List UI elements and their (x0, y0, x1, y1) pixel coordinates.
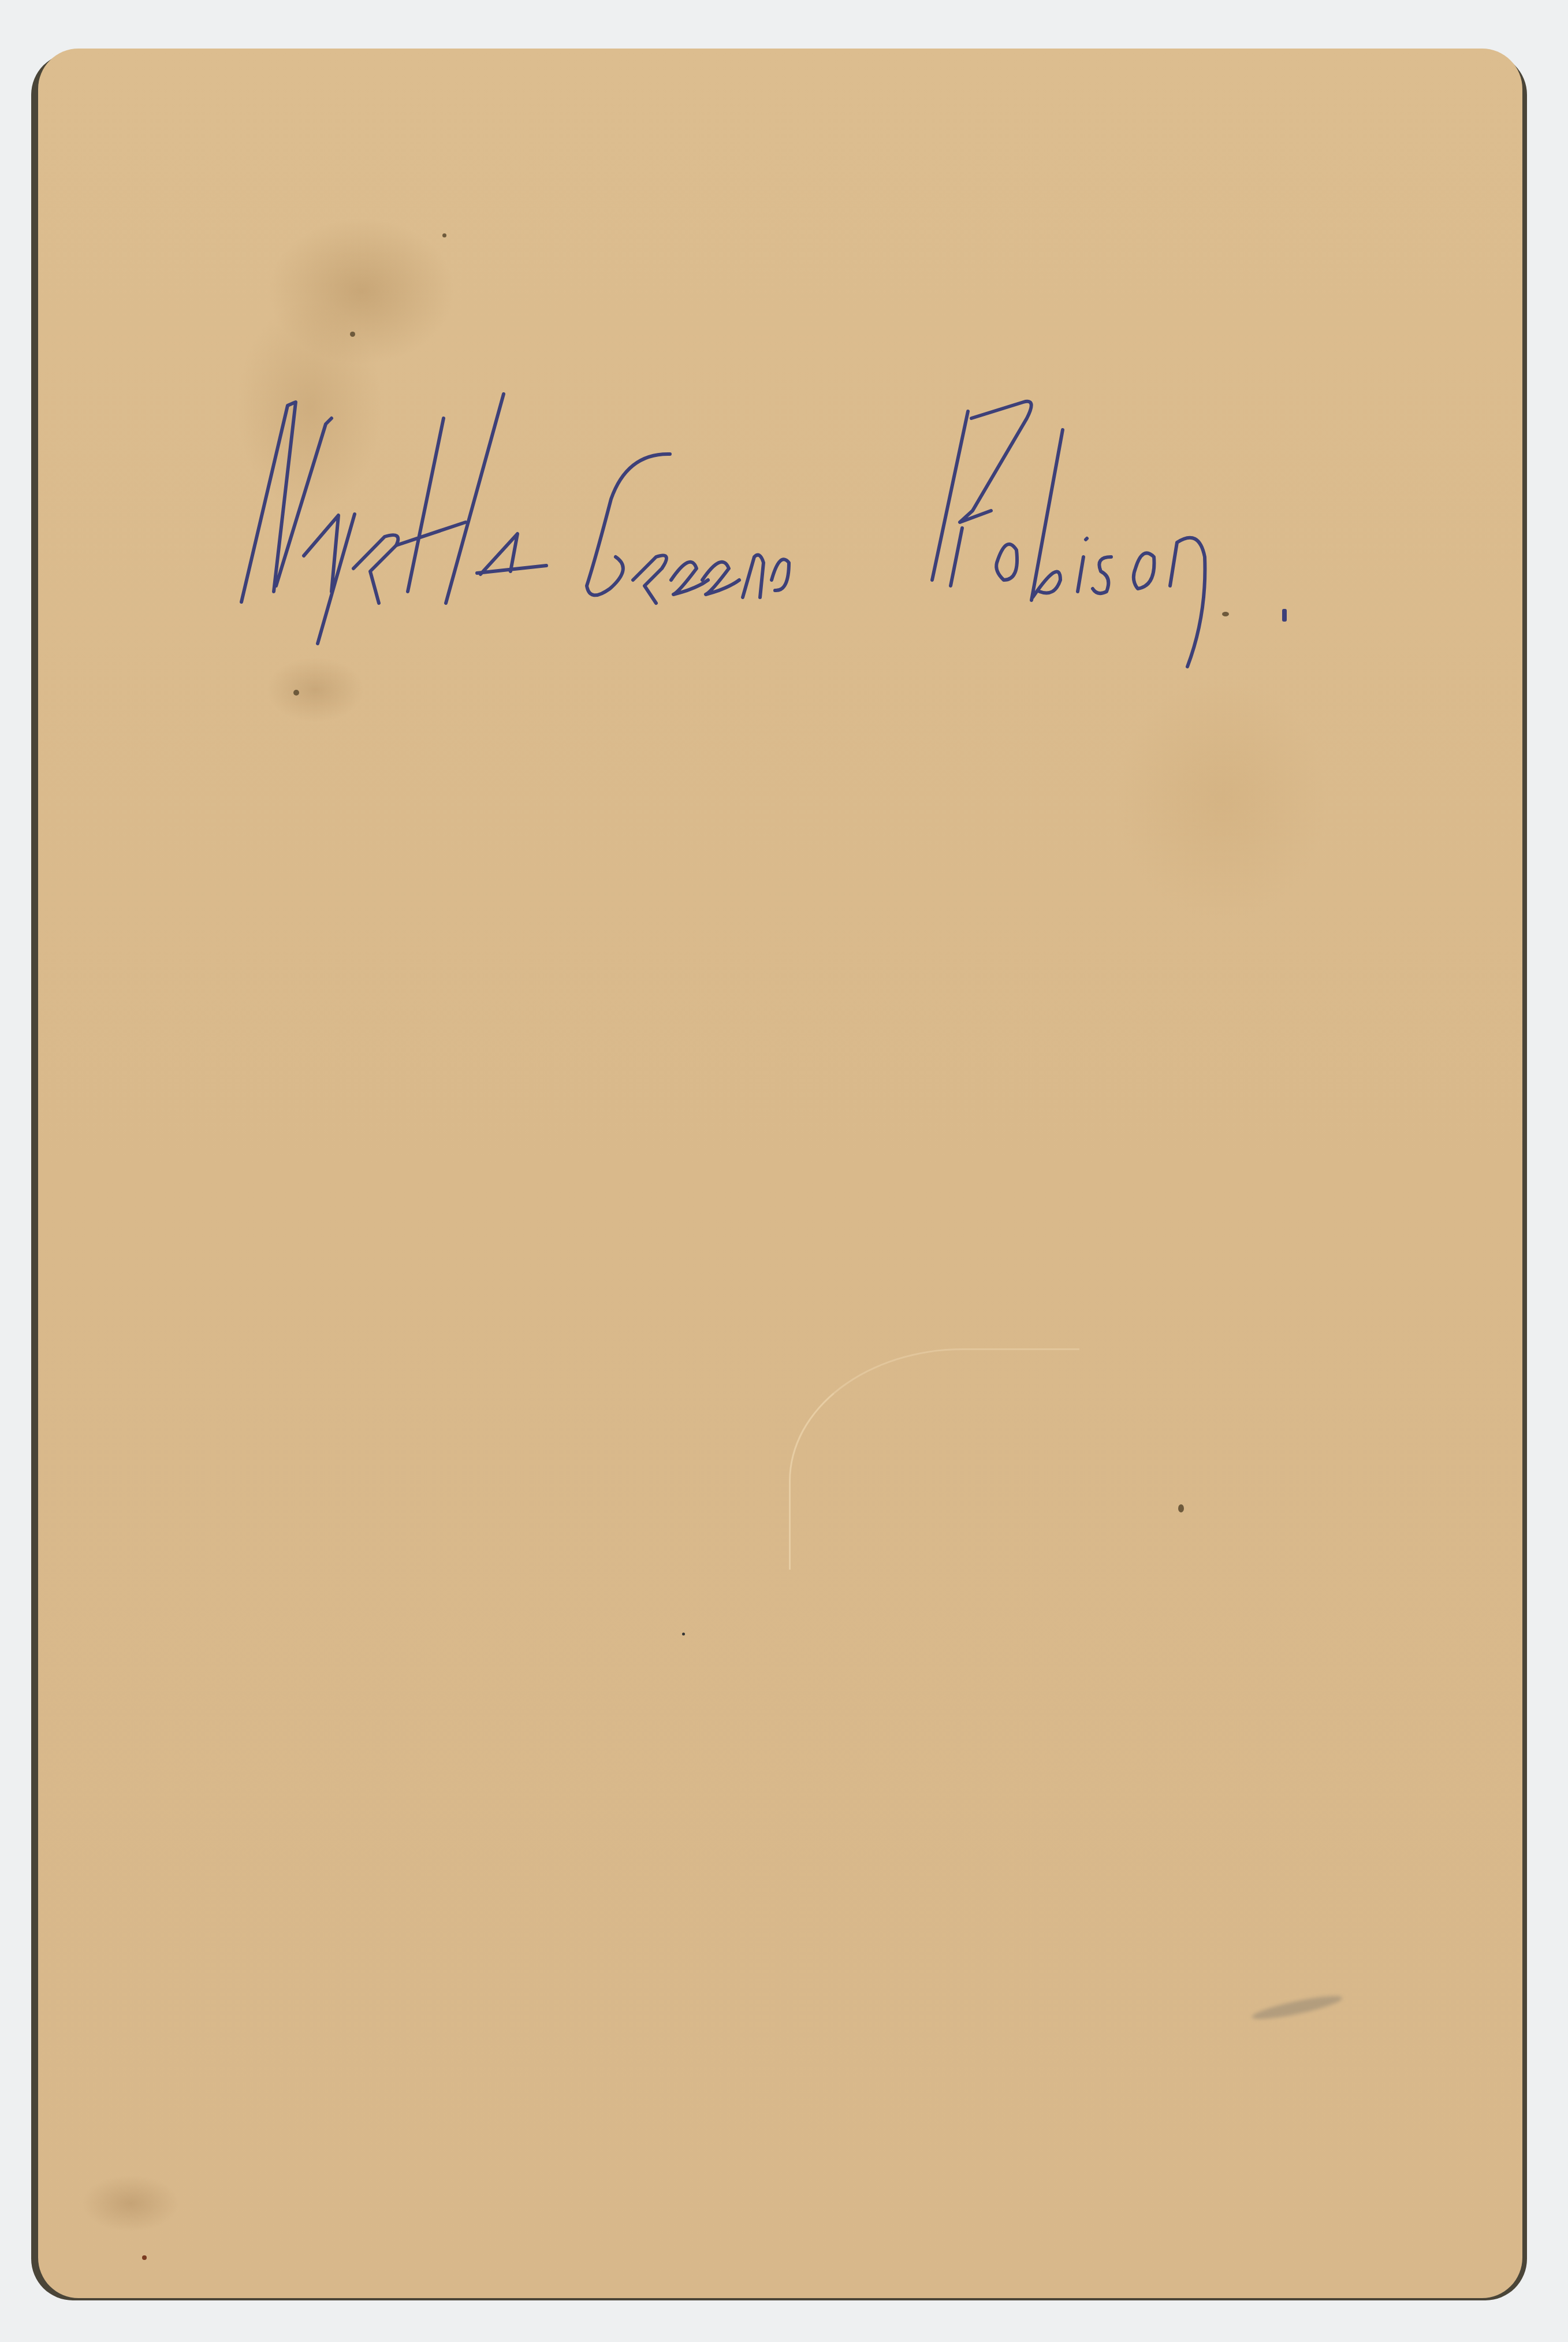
photo-card-back: Myrtle Greene Robison (38, 49, 1522, 2298)
handwritten-name (38, 49, 1522, 2298)
inscription-text: Myrtle Greene Robison (246, 430, 253, 430)
